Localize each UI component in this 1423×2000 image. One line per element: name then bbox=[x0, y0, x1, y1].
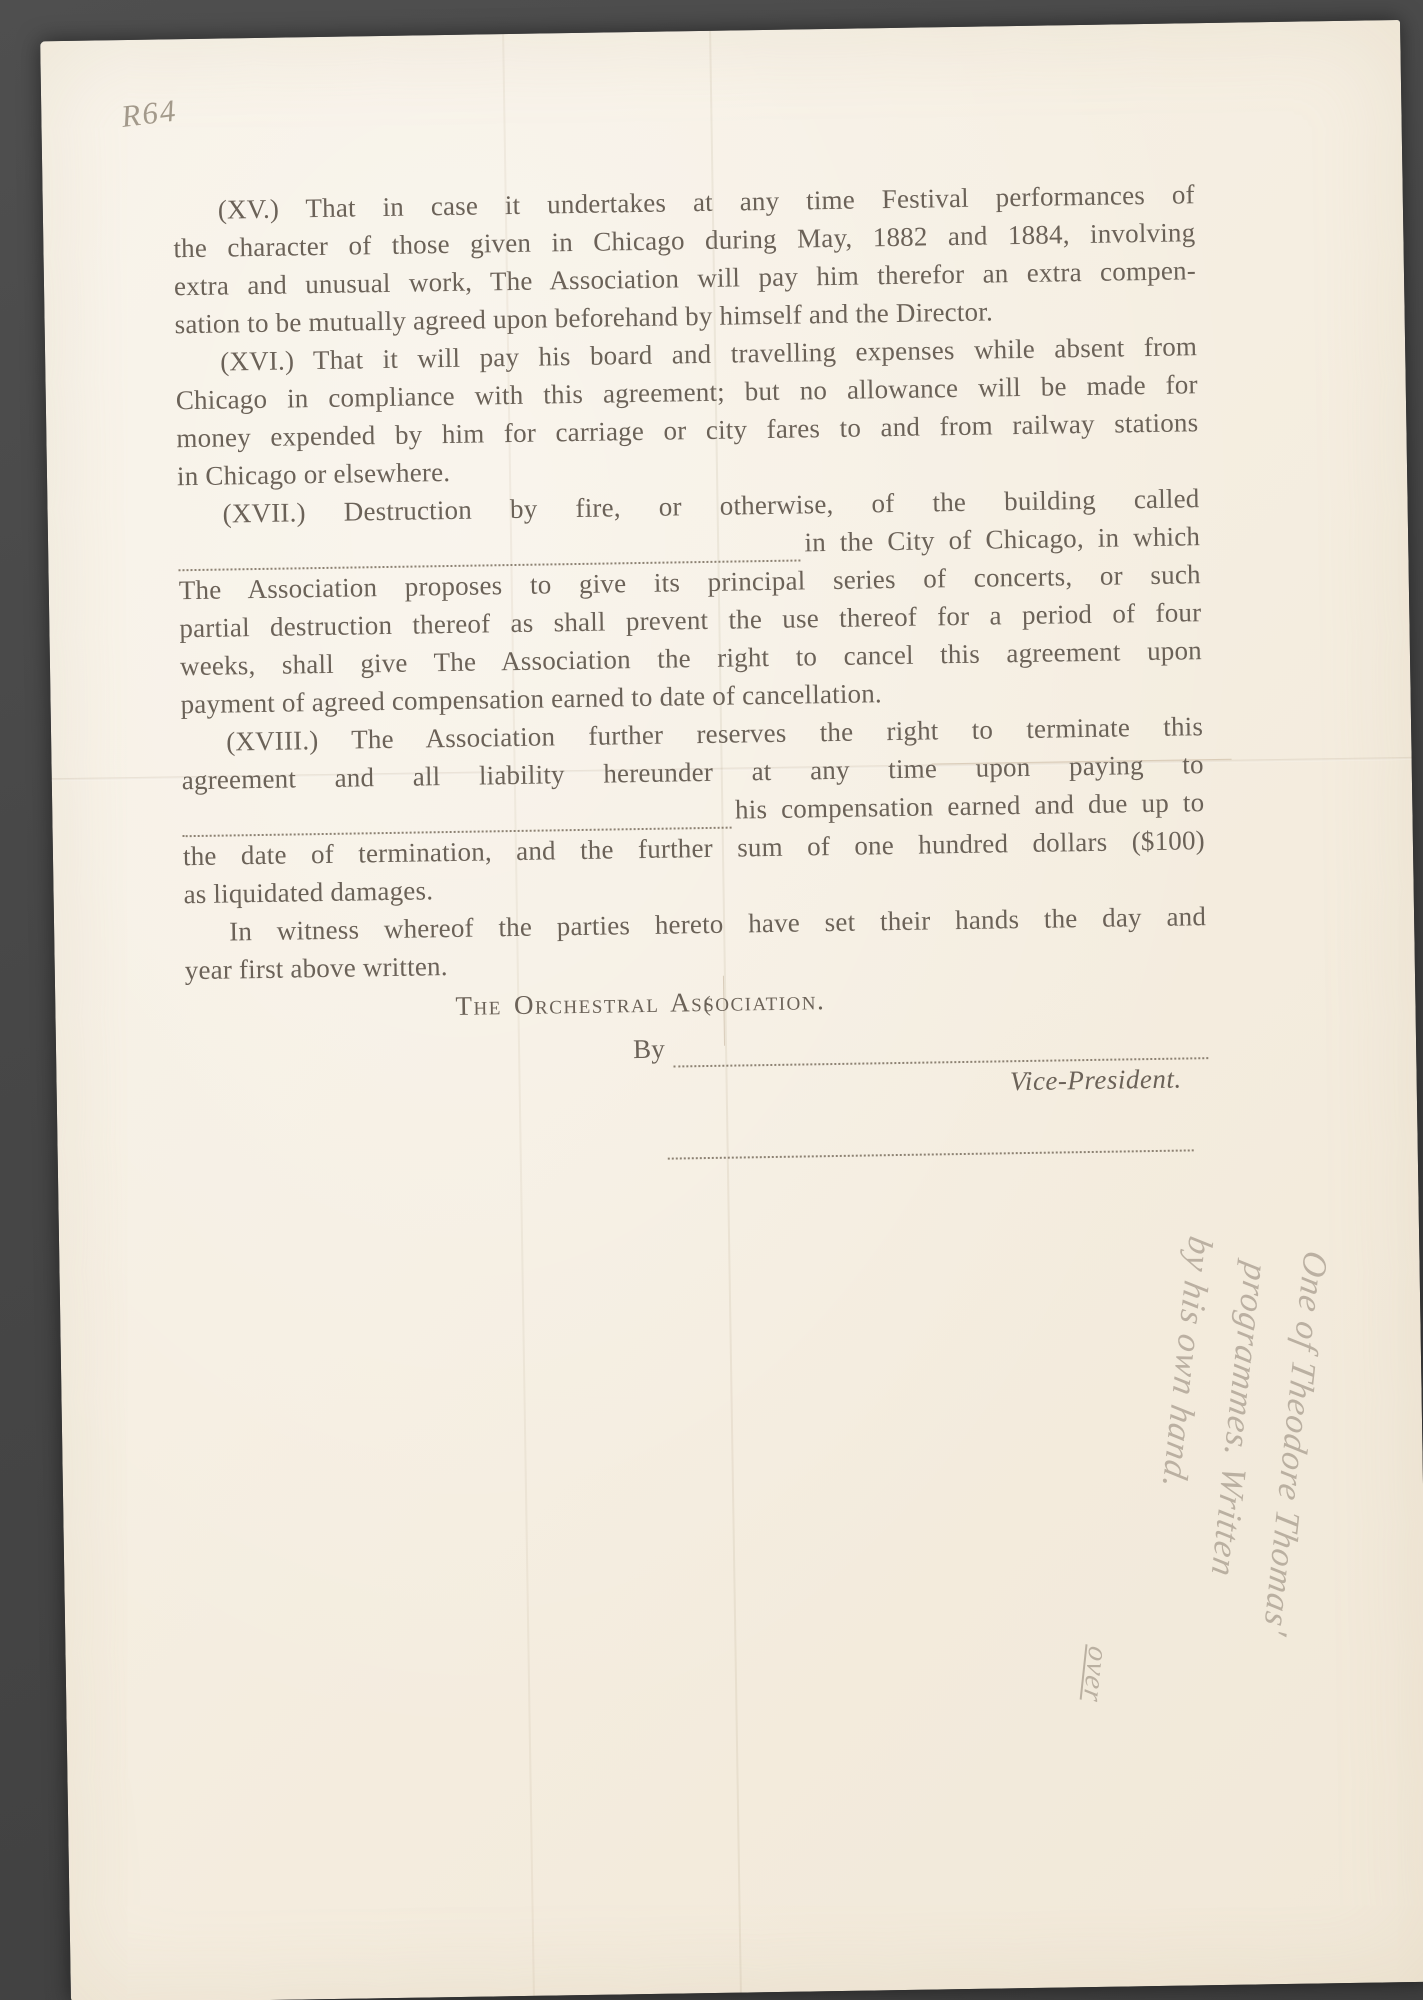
vice-president-label: Vice-President. bbox=[186, 1059, 1208, 1113]
contract-text-block: (XV.) That in case it undertakes at any … bbox=[173, 175, 1210, 1167]
archival-pencil-mark: R64 bbox=[119, 92, 179, 134]
line-text: in the City of Chicago, in which bbox=[804, 517, 1200, 561]
by-label: By bbox=[633, 1030, 666, 1068]
handwritten-note: One of Theodore Thomas'programmes. Writt… bbox=[1048, 1209, 1344, 1894]
document-page: R64 (XV.) That in case it undertakes at … bbox=[40, 20, 1423, 2000]
stray-pen-mark: ( bbox=[703, 991, 711, 1017]
blank-dotted-rule bbox=[667, 1121, 1193, 1159]
contract-paragraphs: (XV.) That in case it undertakes at any … bbox=[173, 175, 1207, 989]
